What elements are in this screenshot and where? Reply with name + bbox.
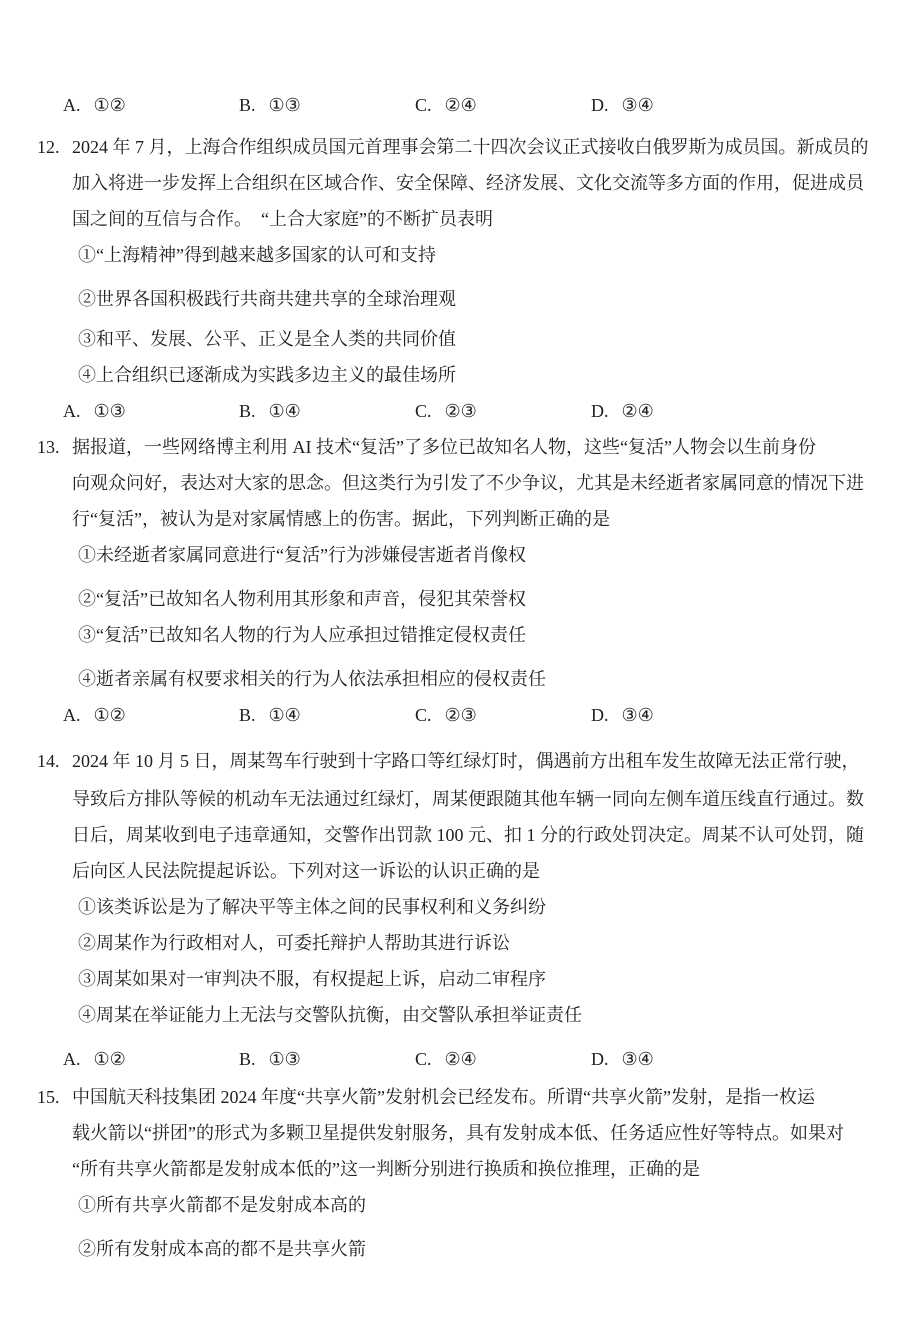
answer-choice-a: A. ①② xyxy=(63,87,239,123)
q14-stem-text-4: 后向区人民法院提起诉讼。下列对这一诉讼的认识正确的是 xyxy=(72,861,540,881)
q14-answer-row: A. ①② B. ①③ C. ②④ D. ③④ xyxy=(0,1041,900,1077)
q15-item-2: ②所有发射成本高的都不是共享火箭 xyxy=(0,1231,900,1267)
q13-answer-row: A. ①② B. ①④ C. ②③ D. ③④ xyxy=(0,697,900,733)
answer-value: ②③ xyxy=(445,697,477,733)
answer-letter: D. xyxy=(591,393,609,429)
answer-value: ①② xyxy=(94,87,126,123)
q15-stem-line-1: 15. 中国航天科技集团 2024 年度“共享火箭”发射机会已经发布。所谓“共享… xyxy=(0,1079,900,1115)
answer-letter: D. xyxy=(591,697,609,733)
q12-item-4: ④上合组织已逐渐成为实践多边主义的最佳场所 xyxy=(0,357,900,393)
answer-value: ②③ xyxy=(445,393,477,429)
answer-choice-b: B. ①④ xyxy=(239,697,415,733)
q14-item-1: ①该类诉讼是为了解决平等主体之间的民事权利和义务纠纷 xyxy=(0,889,900,925)
answer-value: ③④ xyxy=(622,697,654,733)
answer-value: ②④ xyxy=(622,393,654,429)
answer-letter: B. xyxy=(239,697,256,733)
q11-answer-row: A. ①② B. ①③ C. ②④ D. ③④ xyxy=(0,87,900,123)
q12-stem-line-3: 国之间的互信与合作。 “上合大家庭”的不断扩员表明 xyxy=(0,201,900,237)
answer-choice-b: B. ①③ xyxy=(239,87,415,123)
answer-choice-b: B. ①④ xyxy=(239,393,415,429)
q13-stem-text-2: 向观众问好，表达对大家的思念。但这类行为引发了不少争议，尤其是未经逝者家属同意的… xyxy=(72,473,864,493)
q14-item-3: ③周某如果对一审判决不服，有权提起上诉，启动二审程序 xyxy=(0,961,900,997)
q13-number: 13. xyxy=(37,429,60,465)
q13-stem-text-3: 行“复活”，被认为是对家属情感上的伤害。据此，下列判断正确的是 xyxy=(72,509,610,529)
answer-value: ①③ xyxy=(269,1041,301,1077)
q13-item-4: ④逝者亲属有权要求相关的行为人依法承担相应的侵权责任 xyxy=(0,661,900,697)
answer-choice-d: D. ②④ xyxy=(591,393,767,429)
q12-item-1: ①“上海精神”得到越来越多国家的认可和支持 xyxy=(0,237,900,273)
q14-stem-line-4: 后向区人民法院提起诉讼。下列对这一诉讼的认识正确的是 xyxy=(0,853,900,889)
q15-stem-text-2: 载火箭以“拼团”的形式为多颗卫星提供发射服务，具有发射成本低、任务适应性好等特点… xyxy=(72,1123,844,1143)
answer-letter: A. xyxy=(63,697,81,733)
q13-stem-line-3: 行“复活”，被认为是对家属情感上的伤害。据此，下列判断正确的是 xyxy=(0,501,900,537)
answer-choice-b: B. ①③ xyxy=(239,1041,415,1077)
q15-item-1: ①所有共享火箭都不是发射成本高的 xyxy=(0,1187,900,1223)
q14-stem-text-1: 2024 年 10 月 5 日，周某驾车行驶到十字路口等红绿灯时，偶遇前方出租车… xyxy=(72,751,860,771)
q13-item-1: ①未经逝者家属同意进行“复活”行为涉嫌侵害逝者肖像权 xyxy=(0,537,900,573)
answer-value: ①③ xyxy=(94,393,126,429)
answer-value: ①④ xyxy=(269,697,301,733)
answer-value: ①② xyxy=(94,697,126,733)
answer-value: ③④ xyxy=(622,1041,654,1077)
q13-item-2: ②“复活”已故知名人物利用其形象和声音，侵犯其荣誉权 xyxy=(0,581,900,617)
answer-letter: D. xyxy=(591,87,609,123)
question-13: 13. 据报道，一些网络博主利用 AI 技术“复活”了多位已故知名人物，这些“复… xyxy=(0,429,900,733)
answer-letter: C. xyxy=(415,697,432,733)
answer-letter: C. xyxy=(415,1041,432,1077)
q14-stem-text-3: 日后，周某收到电子违章通知，交警作出罚款 100 元、扣 1 分的行政处罚决定。… xyxy=(72,825,864,845)
answer-choice-c: C. ②④ xyxy=(415,1041,591,1077)
answer-choice-c: C. ②④ xyxy=(415,87,591,123)
answer-letter: A. xyxy=(63,1041,81,1077)
answer-choice-a: A. ①② xyxy=(63,697,239,733)
answer-choice-c: C. ②③ xyxy=(415,697,591,733)
q14-stem-line-1: 14. 2024 年 10 月 5 日，周某驾车行驶到十字路口等红绿灯时，偶遇前… xyxy=(0,743,900,779)
answer-letter: C. xyxy=(415,87,432,123)
q12-stem-line-1: 12. 2024 年 7 月，上海合作组织成员国元首理事会第二十四次会议正式接收… xyxy=(0,129,900,165)
answer-letter: B. xyxy=(239,393,256,429)
question-12: 12. 2024 年 7 月，上海合作组织成员国元首理事会第二十四次会议正式接收… xyxy=(0,129,900,429)
answer-value: ①③ xyxy=(269,87,301,123)
q12-item-3: ③和平、发展、公平、正义是全人类的共同价值 xyxy=(0,321,900,357)
q13-item-3: ③“复活”已故知名人物的行为人应承担过错推定侵权责任 xyxy=(0,617,900,653)
question-15: 15. 中国航天科技集团 2024 年度“共享火箭”发射机会已经发布。所谓“共享… xyxy=(0,1079,900,1267)
q14-stem-line-2: 导致后方排队等候的机动车无法通过红绿灯，周某便跟随其他车辆一同向左侧车道压线直行… xyxy=(0,781,900,817)
exam-page: A. ①② B. ①③ C. ②④ D. ③④ 12. 2024 年 7 月，上… xyxy=(0,0,900,1267)
answer-letter: A. xyxy=(63,393,81,429)
q15-stem-text-3: “所有共享火箭都是发射成本低的”这一判断分别进行换质和换位推理，正确的是 xyxy=(72,1159,700,1179)
q13-stem-text-1: 据报道，一些网络博主利用 AI 技术“复活”了多位已故知名人物，这些“复活”人物… xyxy=(72,437,816,457)
q12-stem-line-2: 加入将进一步发挥上合组织在区域合作、安全保障、经济发展、文化交流等多方面的作用，… xyxy=(0,165,900,201)
q14-stem-line-3: 日后，周某收到电子违章通知，交警作出罚款 100 元、扣 1 分的行政处罚决定。… xyxy=(0,817,900,853)
answer-choice-d: D. ③④ xyxy=(591,1041,767,1077)
answer-value: ②④ xyxy=(445,1041,477,1077)
answer-letter: A. xyxy=(63,87,81,123)
question-14: 14. 2024 年 10 月 5 日，周某驾车行驶到十字路口等红绿灯时，偶遇前… xyxy=(0,743,900,1077)
answer-letter: B. xyxy=(239,87,256,123)
answer-choice-a: A. ①③ xyxy=(63,393,239,429)
answer-value: ②④ xyxy=(445,87,477,123)
answer-value: ①④ xyxy=(269,393,301,429)
answer-letter: C. xyxy=(415,393,432,429)
q15-stem-line-3: “所有共享火箭都是发射成本低的”这一判断分别进行换质和换位推理，正确的是 xyxy=(0,1151,900,1187)
answer-letter: D. xyxy=(591,1041,609,1077)
q12-item-2: ②世界各国积极践行共商共建共享的全球治理观 xyxy=(0,281,900,317)
answer-value: ①② xyxy=(94,1041,126,1077)
q15-stem-line-2: 载火箭以“拼团”的形式为多颗卫星提供发射服务，具有发射成本低、任务适应性好等特点… xyxy=(0,1115,900,1151)
q12-stem-text-2: 加入将进一步发挥上合组织在区域合作、安全保障、经济发展、文化交流等多方面的作用，… xyxy=(72,173,864,193)
answer-choice-c: C. ②③ xyxy=(415,393,591,429)
q14-number: 14. xyxy=(37,743,60,779)
answer-choice-d: D. ③④ xyxy=(591,87,767,123)
answer-letter: B. xyxy=(239,1041,256,1077)
q14-item-2: ②周某作为行政相对人，可委托辩护人帮助其进行诉讼 xyxy=(0,925,900,961)
q15-stem-text-1: 中国航天科技集团 2024 年度“共享火箭”发射机会已经发布。所谓“共享火箭”发… xyxy=(72,1087,815,1107)
q12-number: 12. xyxy=(37,129,60,165)
q14-item-4: ④周某在举证能力上无法与交警队抗衡，由交警队承担举证责任 xyxy=(0,997,900,1033)
q15-number: 15. xyxy=(37,1079,60,1115)
q12-stem-text-3: 国之间的互信与合作。 “上合大家庭”的不断扩员表明 xyxy=(72,209,493,229)
q13-stem-line-1: 13. 据报道，一些网络博主利用 AI 技术“复活”了多位已故知名人物，这些“复… xyxy=(0,429,900,465)
answer-choice-a: A. ①② xyxy=(63,1041,239,1077)
q13-stem-line-2: 向观众问好，表达对大家的思念。但这类行为引发了不少争议，尤其是未经逝者家属同意的… xyxy=(0,465,900,501)
answer-choice-d: D. ③④ xyxy=(591,697,767,733)
q14-stem-text-2: 导致后方排队等候的机动车无法通过红绿灯，周某便跟随其他车辆一同向左侧车道压线直行… xyxy=(72,789,864,809)
q12-answer-row: A. ①③ B. ①④ C. ②③ D. ②④ xyxy=(0,393,900,429)
answer-value: ③④ xyxy=(622,87,654,123)
q12-stem-text-1: 2024 年 7 月，上海合作组织成员国元首理事会第二十四次会议正式接收白俄罗斯… xyxy=(72,137,869,157)
